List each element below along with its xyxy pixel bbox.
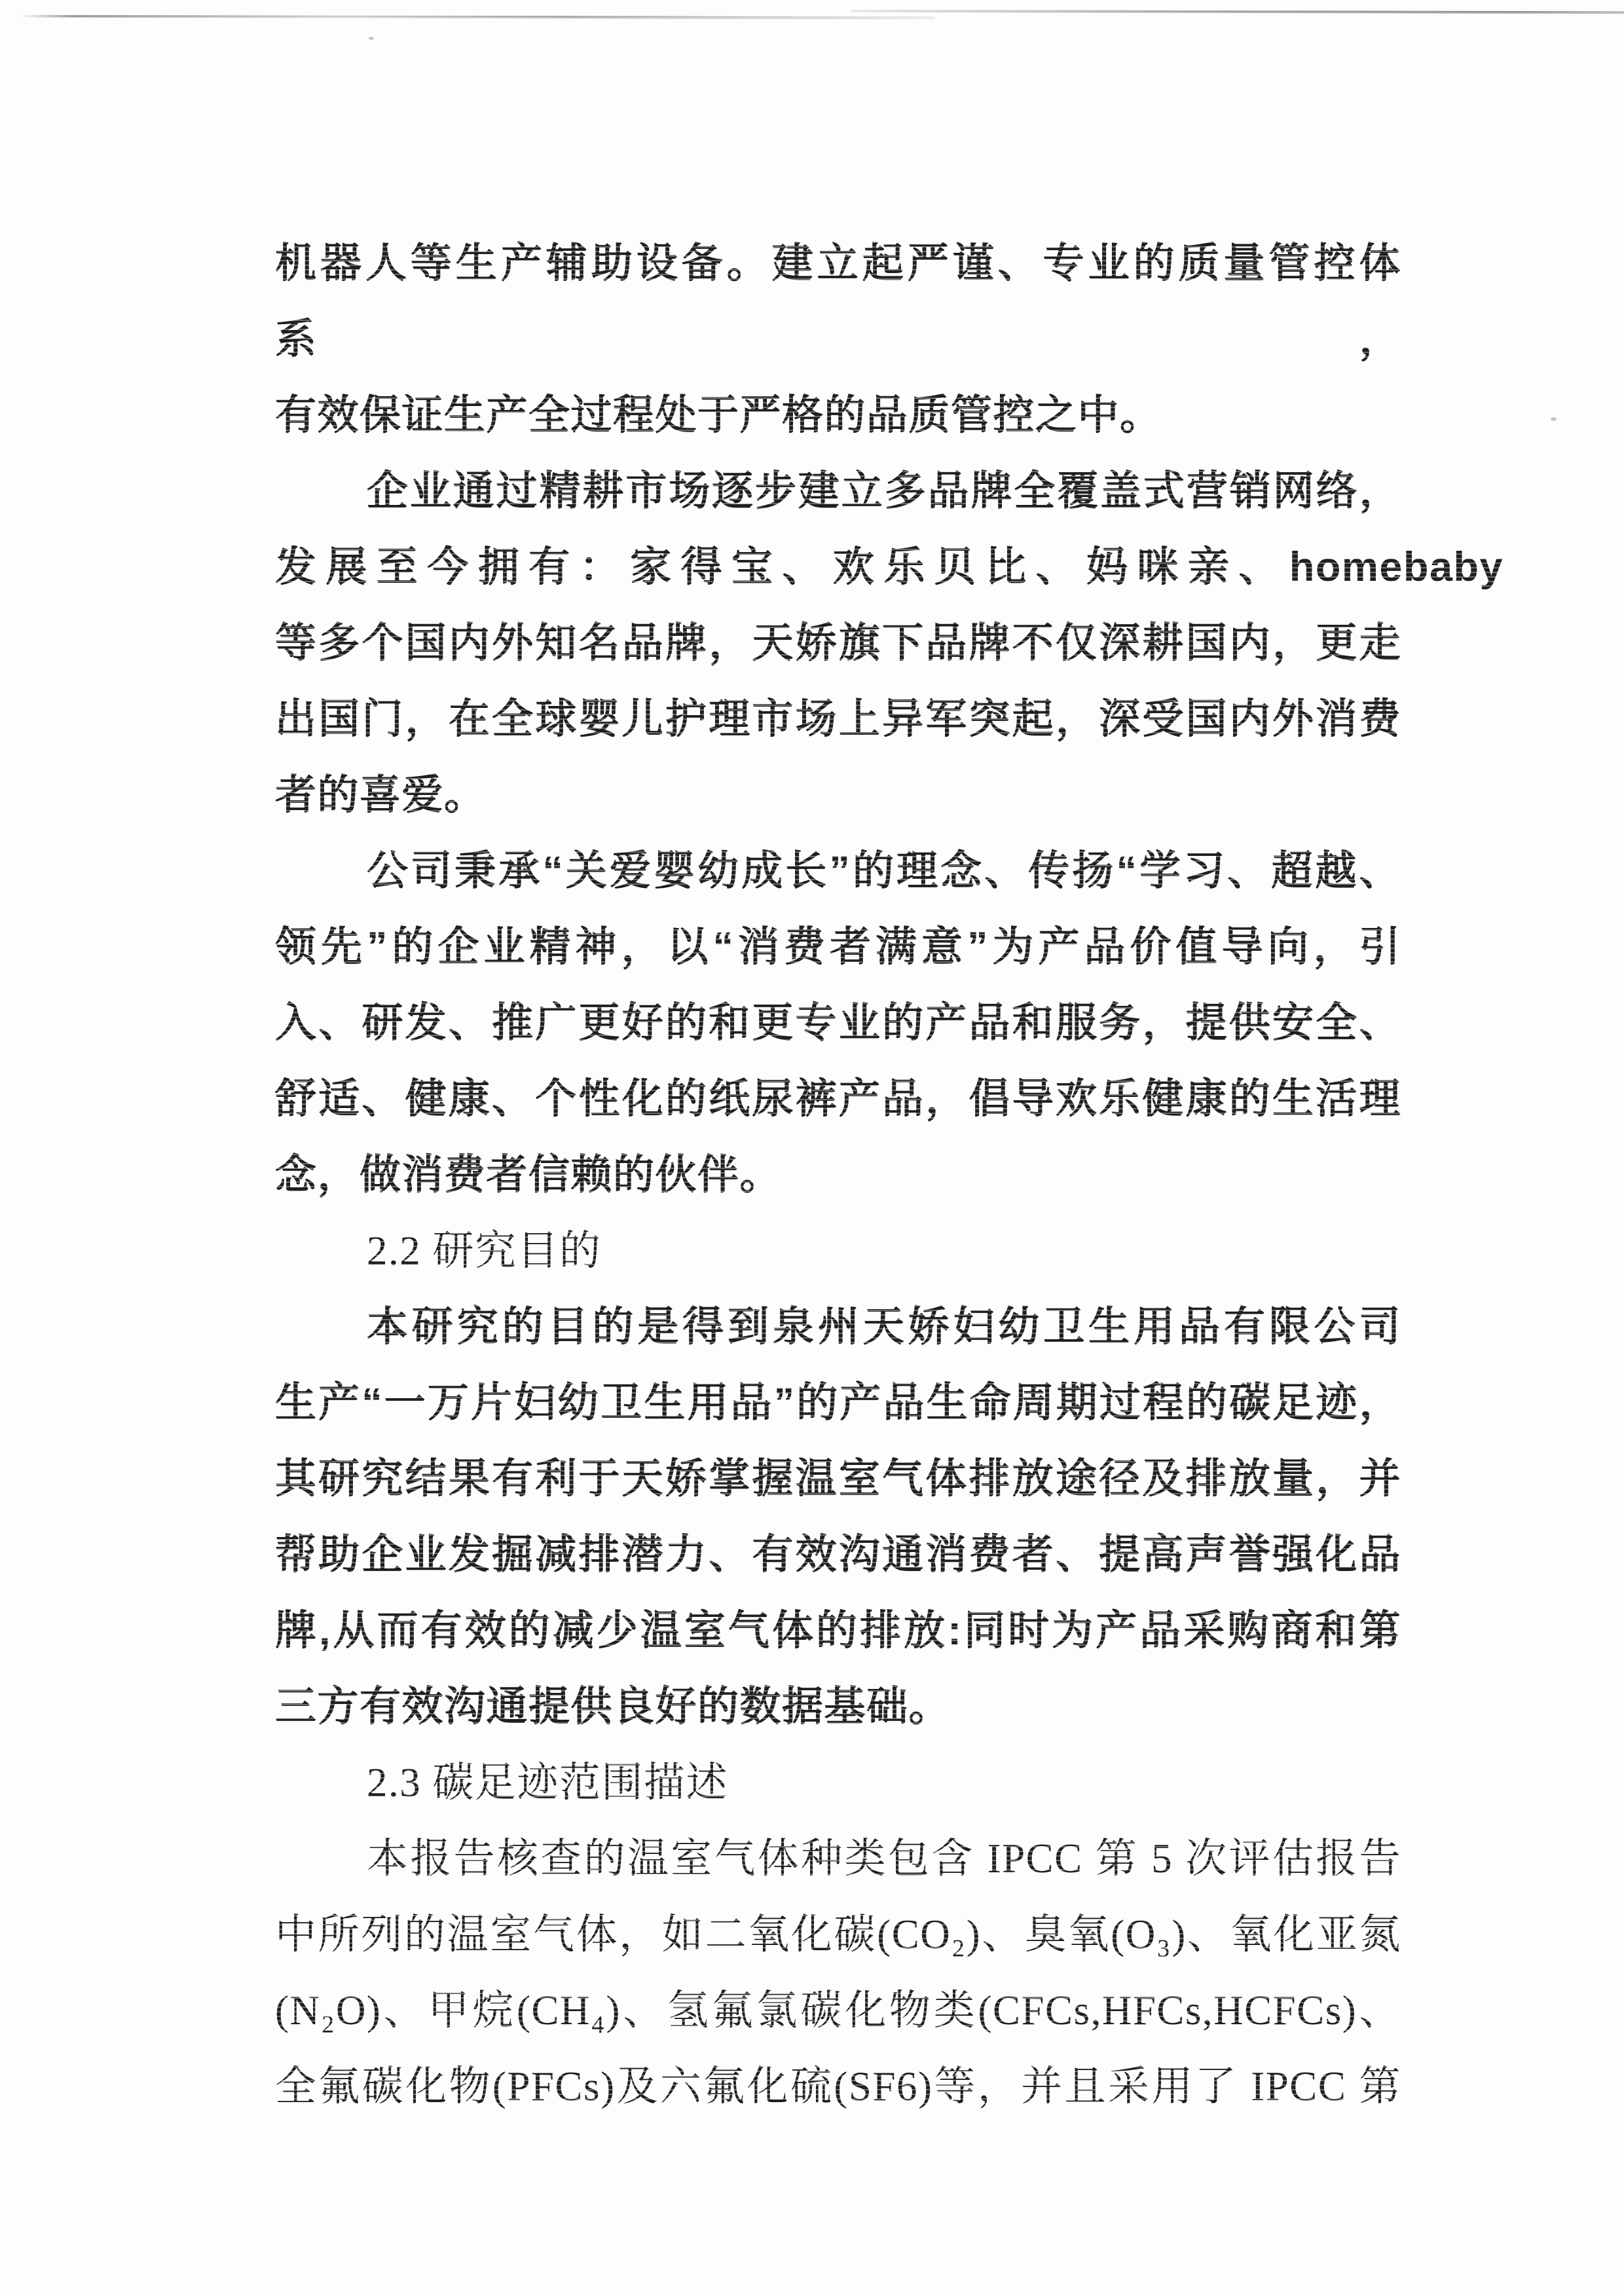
document-text-line: 等多个国内外知名品牌，天娇旗下品牌不仅深耕国内，更走 xyxy=(275,605,1401,681)
document-text-line: 本报告核查的温室气体种类包含 IPCC 第 5 次评估报告 xyxy=(275,1821,1401,1897)
document-text-line: 三方有效沟通提供良好的数据基础。 xyxy=(275,1669,1401,1745)
section-heading-line: 2.3 碳足迹范围描述 xyxy=(275,1745,1401,1821)
document-text-line: 念，做消费者信赖的伙伴。 xyxy=(275,1137,1401,1213)
document-text-line: 公司秉承“关爱婴幼成长”的理念、传扬“学习、超越、 xyxy=(275,833,1401,909)
document-text-line: (N₂O)、甲烷(CH₄)、氢氟氯碳化物类(CFCs,HFCs,HCFCs)、 xyxy=(275,1972,1401,2048)
scanned-document-page: 机器人等生产辅助设备。建立起严谨、专业的质量管控体系，有效保证生产全过程处于严格… xyxy=(0,0,1624,2296)
document-text-block: 机器人等生产辅助设备。建立起严谨、专业的质量管控体系，有效保证生产全过程处于严格… xyxy=(275,225,1401,2124)
document-text-line: 企业通过精耕市场逐步建立多品牌全覆盖式营销网络， xyxy=(275,453,1401,529)
scan-speck xyxy=(1551,417,1557,421)
document-text-line: 帮助企业发掘减排潜力、有效沟通消费者、提高声誉强化品 xyxy=(275,1517,1401,1593)
scan-artifact-line xyxy=(18,15,935,19)
document-text-line: 有效保证生产全过程处于严格的品质管控之中。 xyxy=(275,377,1401,453)
document-text-line: 中所列的温室气体，如二氧化碳(CO₂)、臭氧(O₃)、氧化亚氮 xyxy=(275,1897,1401,1972)
document-text-line: 牌,从而有效的减少温室气体的排放:同时为产品采购商和第 xyxy=(275,1593,1401,1669)
document-text-line: 出国门，在全球婴儿护理市场上异军突起，深受国内外消费 xyxy=(275,681,1401,757)
document-text-line: 生产“一万片妇幼卫生用品”的产品生命周期过程的碳足迹， xyxy=(275,1365,1401,1441)
scan-speck xyxy=(369,37,374,40)
document-text-line: 机器人等生产辅助设备。建立起严谨、专业的质量管控体系， xyxy=(275,225,1401,377)
document-text-line: 舒适、健康、个性化的纸尿裤产品，倡导欢乐健康的生活理 xyxy=(275,1061,1401,1137)
document-text-line: 发展至今拥有：家得宝、欢乐贝比、妈咪亲、homebaby xyxy=(275,529,1504,605)
document-text-line: 者的喜爱。 xyxy=(275,757,1401,833)
document-text-line: 本研究的目的是得到泉州天娇妇幼卫生用品有限公司 xyxy=(275,1289,1401,1365)
document-text-line: 其研究结果有利于天娇掌握温室气体排放途径及排放量，并 xyxy=(275,1441,1401,1517)
document-text-line: 入、研发、推广更好的和更专业的产品和服务，提供安全、 xyxy=(275,985,1401,1061)
document-text-line: 领先”的企业精神，以“消费者满意”为产品价值导向，引 xyxy=(275,909,1401,985)
section-heading-line: 2.2 研究目的 xyxy=(275,1213,1401,1289)
document-text-line: 全氟碳化物(PFCs)及六氟化硫(SF6)等，并且采用了 IPCC 第 xyxy=(275,2048,1401,2124)
scan-artifact-line xyxy=(851,10,1624,14)
